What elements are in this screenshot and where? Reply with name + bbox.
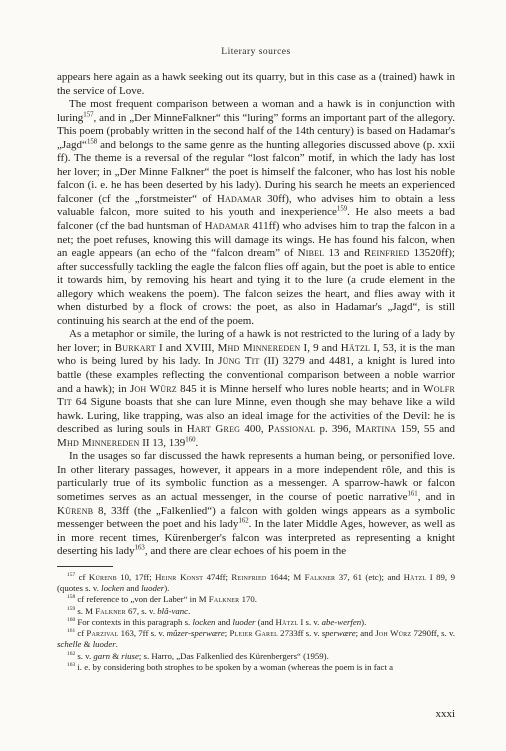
text-run: appears here again as a hawk seeking out…	[57, 71, 455, 97]
text-run: , and in	[418, 491, 455, 503]
text-run: locken	[192, 617, 215, 627]
text-run: mûzer-sperwære	[167, 628, 225, 638]
text-run: 10, 17ff;	[117, 572, 155, 582]
text-run: &	[110, 651, 121, 661]
text-run: II 13, 139	[139, 437, 185, 449]
text-run: 162	[238, 517, 248, 524]
text-run: I, 9 and	[300, 342, 340, 354]
footnote: 157 cf Kürenb 10, 17ff; Heinr Konst 474f…	[57, 572, 455, 595]
text-run: 845 it is Minne herself who lures noble …	[177, 383, 423, 395]
paragraph: In the usages so far discussed the hawk …	[57, 450, 455, 558]
text-run: Mhd Minnereden	[57, 437, 139, 449]
text-run: locken	[101, 583, 124, 593]
text-run: I and XVIII,	[156, 342, 218, 354]
text-run: 67, s. v.	[126, 606, 157, 616]
text-run: ; s. Harro, „Das Falkenlied des Kürenber…	[139, 651, 329, 661]
text-run: Reinfried	[231, 572, 266, 582]
text-run: 37, 61 (etc); and	[335, 572, 403, 582]
text-run: Hadamar	[205, 220, 250, 232]
text-run: Martina	[355, 423, 396, 435]
text-run: 157	[67, 572, 75, 578]
text-run: luoder	[93, 639, 116, 649]
text-run: 2733ff s. v.	[278, 628, 322, 638]
text-run: 160	[67, 617, 75, 623]
text-run: ).	[361, 617, 366, 627]
text-run: (and	[255, 617, 275, 627]
text-run: 400,	[240, 423, 268, 435]
text-run: schelle	[57, 639, 81, 649]
text-run: Kürenb	[57, 505, 93, 517]
text-run: Falkner	[209, 594, 240, 604]
text-run: Heinr Konst	[155, 572, 203, 582]
text-run: p. 396,	[315, 423, 355, 435]
text-run: and	[215, 617, 232, 627]
text-run: and	[124, 583, 141, 593]
text-run: luoder	[233, 617, 256, 627]
text-run: Hart Greg	[187, 423, 240, 435]
text-run: s. M	[75, 606, 95, 616]
text-run: 1644; M	[266, 572, 304, 582]
text-run: Hätzl	[404, 572, 427, 582]
text-run: blâ-vanc	[157, 606, 188, 616]
text-run: Mhd Minnereden	[218, 342, 301, 354]
text-run: Passional	[268, 423, 315, 435]
text-run: Pleier Garel	[229, 628, 278, 638]
running-head: Literary sources	[57, 47, 455, 57]
footnote-separator	[57, 566, 113, 567]
text-run: riuse	[121, 651, 139, 661]
text-run: ).	[164, 583, 169, 593]
footnote: 159 s. M Falkner 67, s. v. blâ-vanc.	[57, 606, 455, 617]
text-run: 161	[67, 628, 75, 634]
text-run: abe-werfen	[322, 617, 362, 627]
text-run: 159	[67, 606, 75, 612]
text-run: 158	[67, 594, 75, 600]
text-run: Jüng Tit	[218, 355, 260, 367]
text-run: , and there are clear echoes of his poem…	[145, 545, 346, 557]
text-run: Falkner	[95, 606, 126, 616]
text-run: 161	[407, 490, 417, 497]
text-run: 159, 55 and	[396, 423, 455, 435]
text-run: cf	[75, 628, 86, 638]
footnote: 162 s. v. garn & riuse; s. Harro, „Das F…	[57, 651, 455, 662]
text-run: 158	[87, 138, 97, 145]
text-run: Burkart	[115, 342, 156, 354]
text-run: For contexts in this paragraph s.	[75, 617, 192, 627]
text-run: Hadamar	[217, 193, 262, 205]
text-run: 162	[67, 651, 75, 657]
text-run: Kürenb	[89, 572, 117, 582]
paragraph: As a metaphor or simile, the luring of a…	[57, 328, 455, 450]
page-number: xxxi	[435, 708, 455, 720]
text-run: i. e. by considering both strophes to be…	[75, 662, 393, 672]
text-run: cf reference to „von der Laber“ in M	[75, 594, 209, 604]
text-run: 163	[67, 662, 75, 668]
footnote: 158 cf reference to „von der Laber“ in M…	[57, 594, 455, 605]
text-run: Hätzl	[341, 342, 370, 354]
footnotes: 157 cf Kürenb 10, 17ff; Heinr Konst 474f…	[57, 572, 455, 674]
text-run: Parzival	[86, 628, 118, 638]
text-run: 474ff;	[203, 572, 231, 582]
text-run: .	[188, 606, 190, 616]
text-run: Joh Würz	[130, 383, 177, 395]
text-run: .	[195, 437, 198, 449]
text-run: cf	[75, 572, 89, 582]
text-run: Joh Würz	[375, 628, 411, 638]
text-run: 160	[185, 436, 195, 443]
text-run: 159	[337, 206, 347, 213]
text-run: &	[81, 639, 92, 649]
body-text: appears here again as a hawk seeking out…	[57, 71, 455, 559]
text-run: garn	[93, 651, 110, 661]
book-page: Literary sources appears here again as a…	[0, 0, 506, 751]
text-run: 163	[135, 544, 145, 551]
text-run: Nibel	[298, 247, 325, 259]
text-run: sperwære	[322, 628, 356, 638]
text-run: In the usages so far discussed the hawk …	[57, 450, 455, 503]
footnote: 163 i. e. by considering both strophes t…	[57, 662, 455, 673]
text-run: 170.	[239, 594, 257, 604]
paragraph: The most frequent comparison between a w…	[57, 98, 455, 328]
text-run: 163, 7ff s. v.	[118, 628, 166, 638]
footnote: 160 For contexts in this paragraph s. lo…	[57, 617, 455, 628]
text-run: Hätzl	[276, 617, 299, 627]
text-run: Reinfried	[364, 247, 410, 259]
text-run: I s. v.	[298, 617, 321, 627]
text-run: 7290ff, s. v.	[411, 628, 455, 638]
paragraph: appears here again as a hawk seeking out…	[57, 71, 455, 98]
text-run: luoder	[141, 583, 164, 593]
text-run: s. v.	[75, 651, 93, 661]
text-run: .	[116, 639, 118, 649]
text-run: 13 and	[324, 247, 364, 259]
text-run: ; and	[356, 628, 376, 638]
text-run: 157	[83, 111, 93, 118]
footnote: 161 cf Parzival 163, 7ff s. v. mûzer-spe…	[57, 628, 455, 651]
text-run: Falkner	[305, 572, 336, 582]
